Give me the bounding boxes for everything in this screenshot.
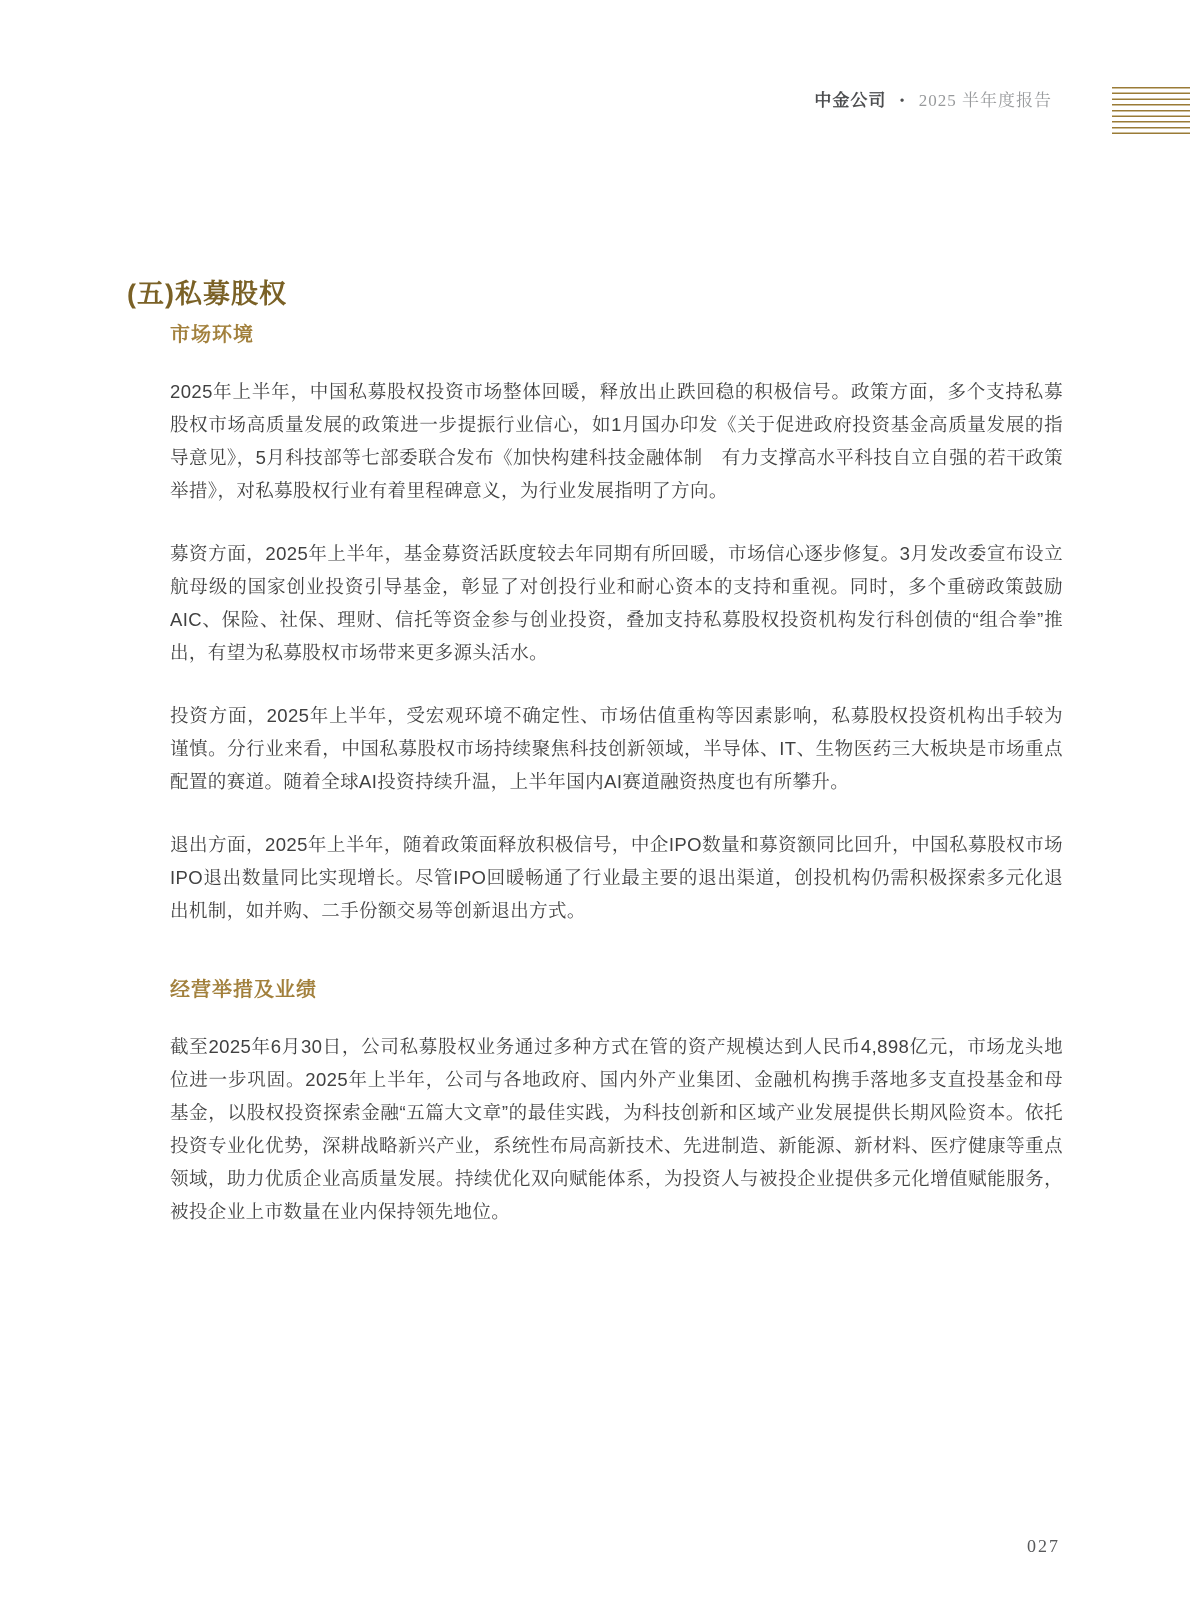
subsection-title-market-environment: 市场环境 [170, 318, 1063, 347]
running-header: 中金公司 • 2025 半年度报告 [814, 86, 1052, 111]
page-number: 027 [1027, 1536, 1060, 1557]
document-body: 市场环境 2025年上半年，中国私募股权投资市场整体回暖，释放出止跌回稳的积极信… [170, 318, 1063, 1258]
paragraph: 2025年上半年，中国私募股权投资市场整体回暖，释放出止跌回稳的积极信号。政策方… [170, 375, 1063, 507]
brand-stripes-decoration [1112, 87, 1190, 138]
section-title: (五)私募股权 [127, 272, 287, 311]
brand-name: 中金公司 [814, 91, 886, 110]
subsection-title-operations-results: 经营举措及业绩 [170, 973, 1063, 1002]
paragraph: 退出方面，2025年上半年，随着政策面释放积极信号，中企IPO数量和募资额同比回… [170, 828, 1063, 927]
paragraph: 截至2025年6月30日，公司私募股权业务通过多种方式在管的资产规模达到人民币4… [170, 1030, 1063, 1228]
paragraph: 募资方面，2025年上半年，基金募资活跃度较去年同期有所回暖，市场信心逐步修复。… [170, 537, 1063, 669]
report-title: 2025 半年度报告 [919, 91, 1052, 110]
header-separator-dot: • [900, 94, 906, 109]
paragraph: 投资方面，2025年上半年，受宏观环境不确定性、市场估值重构等因素影响，私募股权… [170, 699, 1063, 798]
